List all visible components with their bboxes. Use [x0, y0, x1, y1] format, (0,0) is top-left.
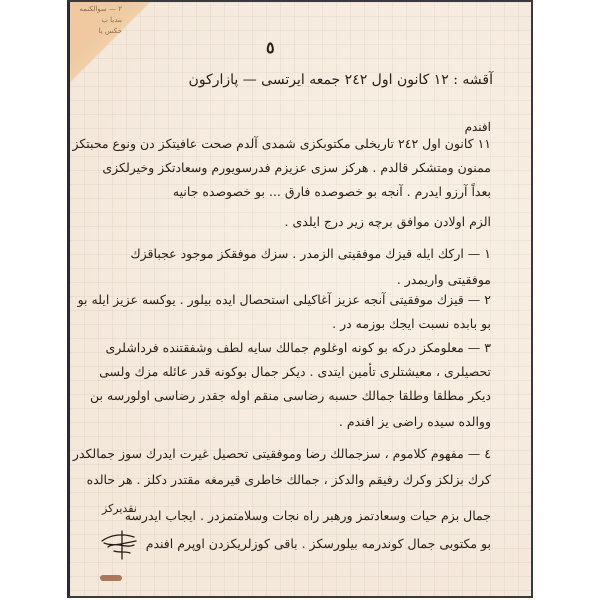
paragraph-2-line: ٢ — قيزك موفقيتى آنجه عزيز آغاكيلى استحص…	[78, 292, 491, 307]
letter-page: ٢ — سوالكنمه بنديا ب حكس يا ٥ آقشه : ١٢ …	[67, 0, 533, 598]
dateline: آقشه : ١٢ كانون اول ٢٤٢ جمعه ايرتسى — پا…	[189, 72, 493, 88]
paragraph-2-line: بو بابده نسبت ايجك بوزمه در .	[332, 316, 491, 331]
corner-note: ٢ — سوالكنمه بنديا ب حكس يا	[72, 4, 122, 37]
corner-note-line: بنديا ب	[72, 15, 122, 26]
paragraph-4-line: جمال بزم حيات وسعادتمز ورهبر راه نجات وس…	[125, 508, 491, 523]
paragraph-4-line: كرك بزلكز وكرك رفيقم والدكز ، جمالك خاطر…	[87, 472, 491, 487]
text-line: ١١ كانون اول ٢٤٢ تاريخلى مكتوبكزى شمدى آ…	[67, 136, 491, 151]
corner-note-line: حكس يا	[72, 26, 122, 37]
paragraph-3-line: ووالده سيده راضى يز افندم .	[339, 414, 491, 429]
text-line: بعداً آرزو ايدرم . آنجه بو خصوصده فارق .…	[173, 184, 491, 199]
salutation: افندم	[465, 120, 491, 134]
paragraph-3-line: تحصيلرى ، معيشتلرى تأمين ايتدى . ديكر جم…	[99, 364, 491, 379]
text-line: ممنون ومتشكر قالدم . هركز سزى عزيزم فدرس…	[102, 160, 491, 175]
closing-line: بو مكتوبى جمال كوندرمه بيلورسكز . باقى ك…	[146, 536, 491, 551]
text-line: الزم اولادن موافق برچه زير درج ايلدى .	[285, 214, 491, 229]
paragraph-3-line: ديكر مطلقا وطلقا جمالك حسبه رضاسى منقم ا…	[90, 388, 491, 403]
corner-note-line: ٢ — سوالكنمه	[72, 4, 122, 15]
paragraph-4-line: ٤ — مفهوم كلاموم ، سزجمالك رضا وموفقيتى …	[73, 446, 491, 461]
paragraph-1-line: ١ — اركك ايله قيزك موفقيتى الزمدر . سزك …	[130, 246, 491, 261]
page-number: ٥	[266, 38, 275, 57]
scan-canvas: ٢ — سوالكنمه بنديا ب حكس يا ٥ آقشه : ١٢ …	[0, 0, 600, 600]
ink-stamp-mark	[100, 575, 122, 581]
paragraph-1-line: موفقيتى واريمدر .	[397, 272, 491, 287]
signature-icon	[100, 527, 140, 561]
signature-label: نقديركز	[102, 502, 137, 515]
paragraph-3-line: ٣ — معلومكز دركه بو كونه اوغلوم جمالك سا…	[106, 340, 492, 355]
